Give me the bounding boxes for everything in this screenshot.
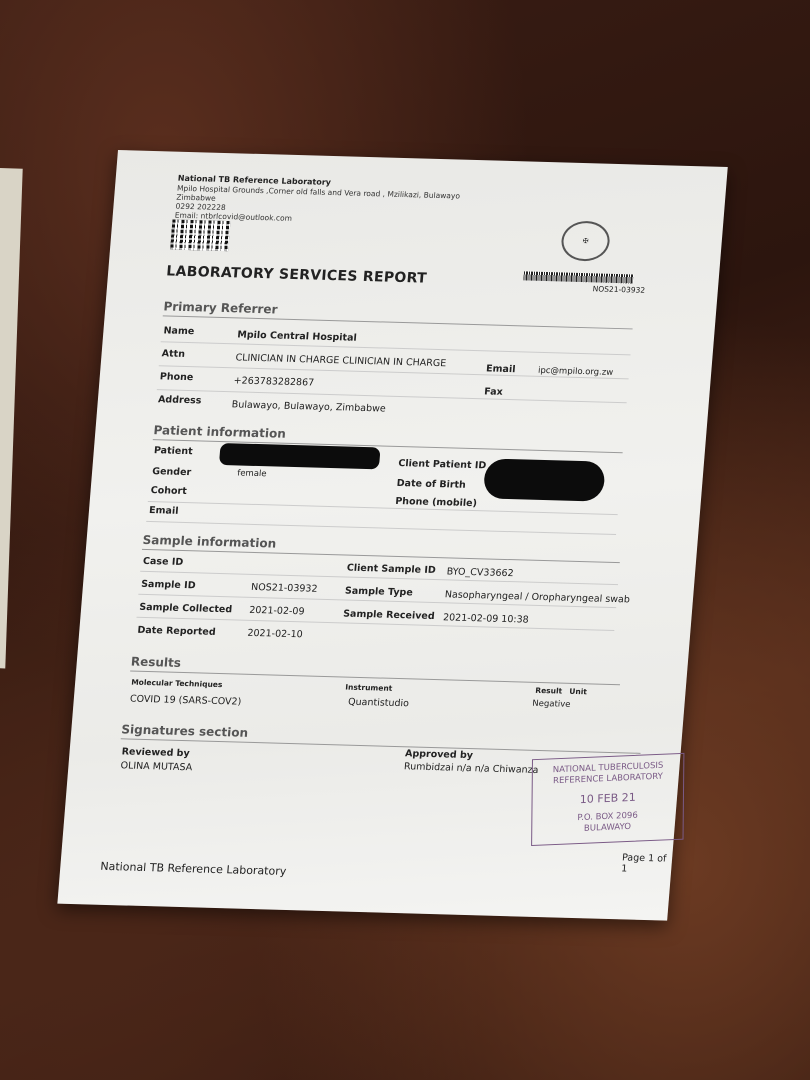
client-sample-id-label: Client Sample ID xyxy=(346,563,436,576)
referrer-attn: CLINICIAN IN CHARGE CLINICIAN IN CHARGE xyxy=(235,352,447,369)
referrer-email-label: Email xyxy=(486,363,516,375)
approved-by-label: Approved by xyxy=(405,748,474,761)
sample-type-label: Sample Type xyxy=(345,586,414,599)
referrer-fax-label: Fax xyxy=(484,386,503,397)
redacted-patient-id-dob xyxy=(483,458,606,501)
divider xyxy=(163,315,633,329)
col-unit: Unit xyxy=(569,687,587,696)
divider xyxy=(121,738,641,754)
divider xyxy=(148,501,618,515)
case-id-label: Case ID xyxy=(143,556,184,568)
result-value: Negative xyxy=(532,699,571,710)
barcode-text: NOS21-03932 xyxy=(592,284,645,294)
gender-value: female xyxy=(237,468,267,479)
section-signatures: Signatures section xyxy=(121,722,249,740)
section-results: Results xyxy=(130,655,181,670)
referrer-phone-label: Phone xyxy=(159,371,193,383)
referrer-attn-label: Attn xyxy=(161,348,185,360)
phone-mobile-label: Phone (mobile) xyxy=(395,496,477,509)
col-instrument: Instrument xyxy=(345,683,393,693)
client-sample-id: BYO_CV33662 xyxy=(446,566,514,579)
divider xyxy=(161,341,631,355)
section-primary-referrer: Primary Referrer xyxy=(163,299,278,316)
section-sample: Sample information xyxy=(142,533,277,551)
page-number: Page 1 of 1 xyxy=(621,852,673,875)
redacted-patient-name xyxy=(219,443,381,469)
referrer-address: Bulawayo, Bulawayo, Zimbabwe xyxy=(231,399,386,414)
divider xyxy=(157,389,627,403)
footer-lab-name: National TB Reference Laboratory xyxy=(100,860,287,878)
referrer-phone: +263783282867 xyxy=(233,375,314,388)
sample-id-label: Sample ID xyxy=(141,579,196,591)
approved-by: Rumbidzai n/a n/a Chiwanza xyxy=(404,761,539,776)
reviewed-by-label: Reviewed by xyxy=(121,746,190,759)
cohort-label: Cohort xyxy=(150,485,187,497)
patient-email-label: Email xyxy=(149,505,179,517)
referrer-name-label: Name xyxy=(163,325,195,337)
lab-stamp: NATIONAL TUBERCULOSIS REFERENCE LABORATO… xyxy=(531,753,684,846)
patient-label: Patient xyxy=(153,445,193,457)
date-reported: 2021-02-10 xyxy=(247,628,303,641)
referrer-address-label: Address xyxy=(158,394,202,406)
dob-label: Date of Birth xyxy=(396,478,466,491)
client-patient-id-label: Client Patient ID xyxy=(398,458,487,471)
col-result: Result xyxy=(535,686,563,696)
result-test-name: COVID 19 (SARS-COV2) xyxy=(129,694,241,708)
divider xyxy=(142,549,620,563)
date-reported-label: Date Reported xyxy=(137,625,216,638)
background-paper-edge xyxy=(0,168,23,669)
sample-received-label: Sample Received xyxy=(343,608,435,622)
barcode-icon xyxy=(523,271,634,283)
sample-collected: 2021-02-09 xyxy=(249,605,305,618)
sample-collected-label: Sample Collected xyxy=(139,602,233,616)
report-title: LABORATORY SERVICES REPORT xyxy=(166,263,428,286)
result-instrument: Quantistudio xyxy=(348,697,410,710)
stamp-date: 10 FEB 21 xyxy=(532,789,683,809)
sample-id: NOS21-03932 xyxy=(251,582,318,595)
lab-report-document: National TB Reference Laboratory Mpilo H… xyxy=(57,150,727,921)
section-patient: Patient information xyxy=(153,423,286,441)
divider xyxy=(146,521,616,535)
reviewed-by: OLINA MUTASA xyxy=(120,760,192,773)
gender-label: Gender xyxy=(152,466,192,478)
qr-code-icon xyxy=(170,220,230,252)
referrer-name: Mpilo Central Hospital xyxy=(237,329,357,343)
col-molecular-techniques: Molecular Techniques xyxy=(131,678,223,690)
coat-of-arms-icon: ✠ xyxy=(560,220,611,261)
sample-received: 2021-02-09 10:38 xyxy=(443,612,529,625)
